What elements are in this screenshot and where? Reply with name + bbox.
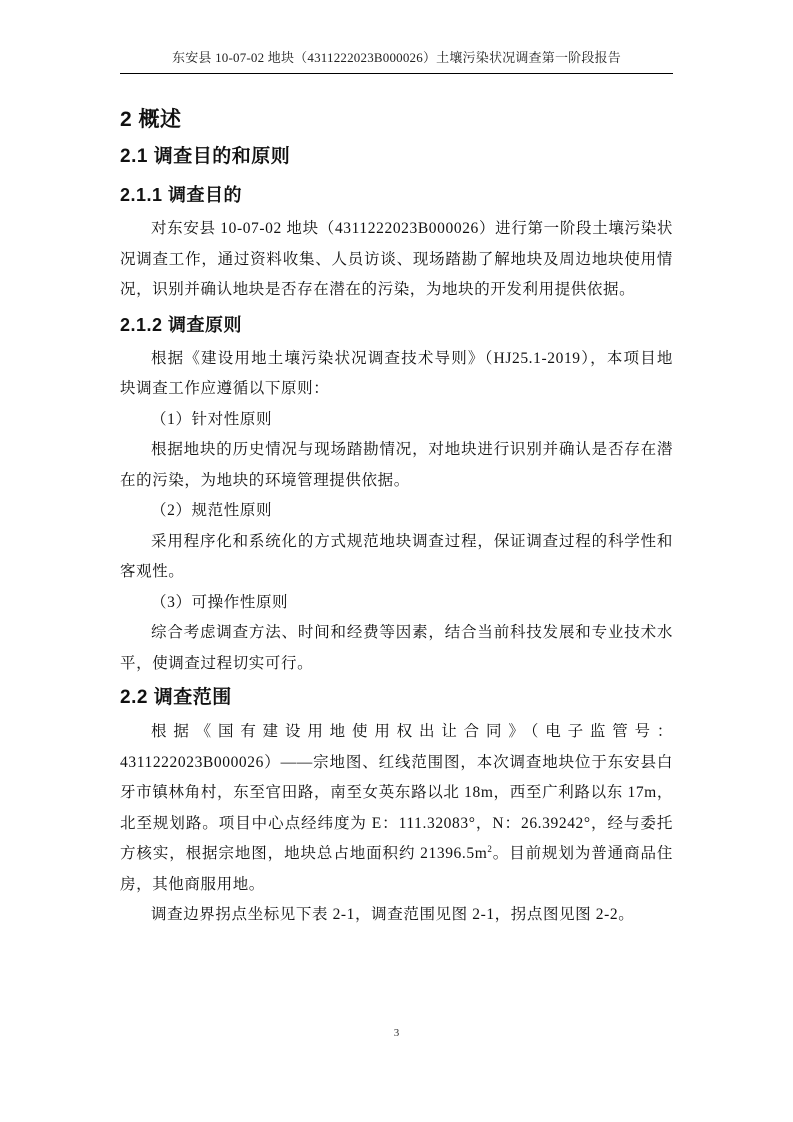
- scope-paragraph: 根据《国有建设用地使用权出让合同》（电子监管号：4311222023B00002…: [120, 717, 673, 900]
- section-heading-2-1: 2.1 调查目的和原则: [120, 138, 673, 176]
- principle-text: 根据地块的历史情况与现场踏勘情况，对地块进行识别并确认是否存在潜在的污染，为地块…: [120, 435, 673, 496]
- principle-title: （1）针对性原则: [120, 405, 673, 436]
- running-header: 东安县 10-07-02 地块（4311222023B000026）土壤污染状况…: [120, 48, 673, 68]
- purpose-paragraph: 对东安县 10-07-02 地块（4311222023B000026）进行第一阶…: [120, 214, 673, 306]
- boundary-reference-paragraph: 调查边界拐点坐标见下表 2-1，调查范围见图 2-1，拐点图见图 2-2。: [120, 900, 673, 931]
- header-divider: [120, 73, 673, 74]
- page-number: 3: [0, 1027, 793, 1039]
- section-heading-2-2: 2.2 调查范围: [120, 679, 673, 717]
- principle-text: 采用程序化和系统化的方式规范地块调查过程，保证调查过程的科学性和客观性。: [120, 527, 673, 588]
- principle-text: 综合考虑调查方法、时间和经费等因素，结合当前科技发展和专业技术水平，使调查过程切…: [120, 618, 673, 679]
- subsection-heading-2-1-1: 2.1.1 调查目的: [120, 176, 673, 214]
- principles-intro-paragraph: 根据《建设用地土壤污染状况调查技术导则》（HJ25.1-2019），本项目地块调…: [120, 344, 673, 405]
- scope-paragraph-main: 根据《国有建设用地使用权出让合同》（电子监管号：4311222023B00002…: [120, 723, 673, 862]
- principle-title: （2）规范性原则: [120, 496, 673, 527]
- principle-title: （3）可操作性原则: [120, 588, 673, 619]
- subsection-heading-2-1-2: 2.1.2 调查原则: [120, 306, 673, 344]
- page-content: 2 概述 2.1 调查目的和原则 2.1.1 调查目的 对东安县 10-07-0…: [120, 102, 673, 931]
- chapter-heading: 2 概述: [120, 102, 673, 138]
